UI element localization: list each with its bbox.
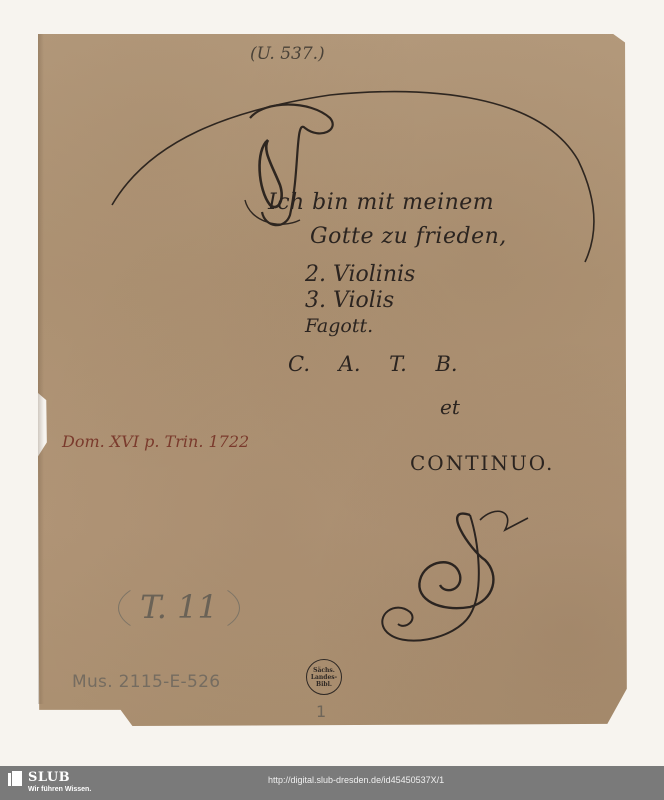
stamp-line-3: Bibl.: [316, 681, 332, 688]
date-annotation: Dom. XVI p. Trin. 1722: [62, 432, 249, 451]
logo-text: SLUB Wir führen Wissen.: [28, 771, 91, 794]
logo-tagline: Wir führen Wissen.: [28, 785, 91, 794]
book-icon: [8, 771, 22, 787]
folio-number: 1: [316, 702, 326, 721]
voices-satb: C. A. T. B.: [288, 352, 458, 376]
manuscript-leaf: [38, 34, 628, 738]
continuo-label: CONTINUO.: [410, 451, 554, 475]
conjunction-et: et: [440, 395, 460, 419]
leaf-edge-shadow: [38, 34, 44, 704]
footer-bar: SLUB Wir führen Wissen. http://digital.s…: [0, 766, 664, 800]
shelf-note-top: (U. 537.): [250, 44, 325, 64]
logo-name: SLUB: [28, 771, 91, 785]
permalink-url[interactable]: http://digital.slub-dresden.de/id4545053…: [268, 775, 444, 785]
image-viewer: (U. 537.) Ich bin mit meinem Gotte zu fr…: [0, 0, 664, 766]
library-stamp: Sächs. Landes- Bibl.: [306, 659, 342, 695]
pencil-mark: T. 11: [118, 578, 240, 638]
instrument-violins: 2. Violinis: [305, 262, 415, 287]
title-line-2: Gotte zu frieden,: [310, 224, 507, 249]
slub-logo[interactable]: SLUB Wir führen Wissen.: [8, 771, 91, 794]
stamp-line-1: Sächs.: [313, 667, 335, 674]
instrument-violas: 3. Violis: [305, 288, 394, 313]
title-line-1: Ich bin mit meinem: [268, 190, 494, 215]
stamp-line-2: Landes-: [311, 674, 337, 681]
shelfmark: Mus. 2115-E-526: [72, 672, 220, 692]
instrument-bassoon: Fagott.: [305, 315, 373, 337]
